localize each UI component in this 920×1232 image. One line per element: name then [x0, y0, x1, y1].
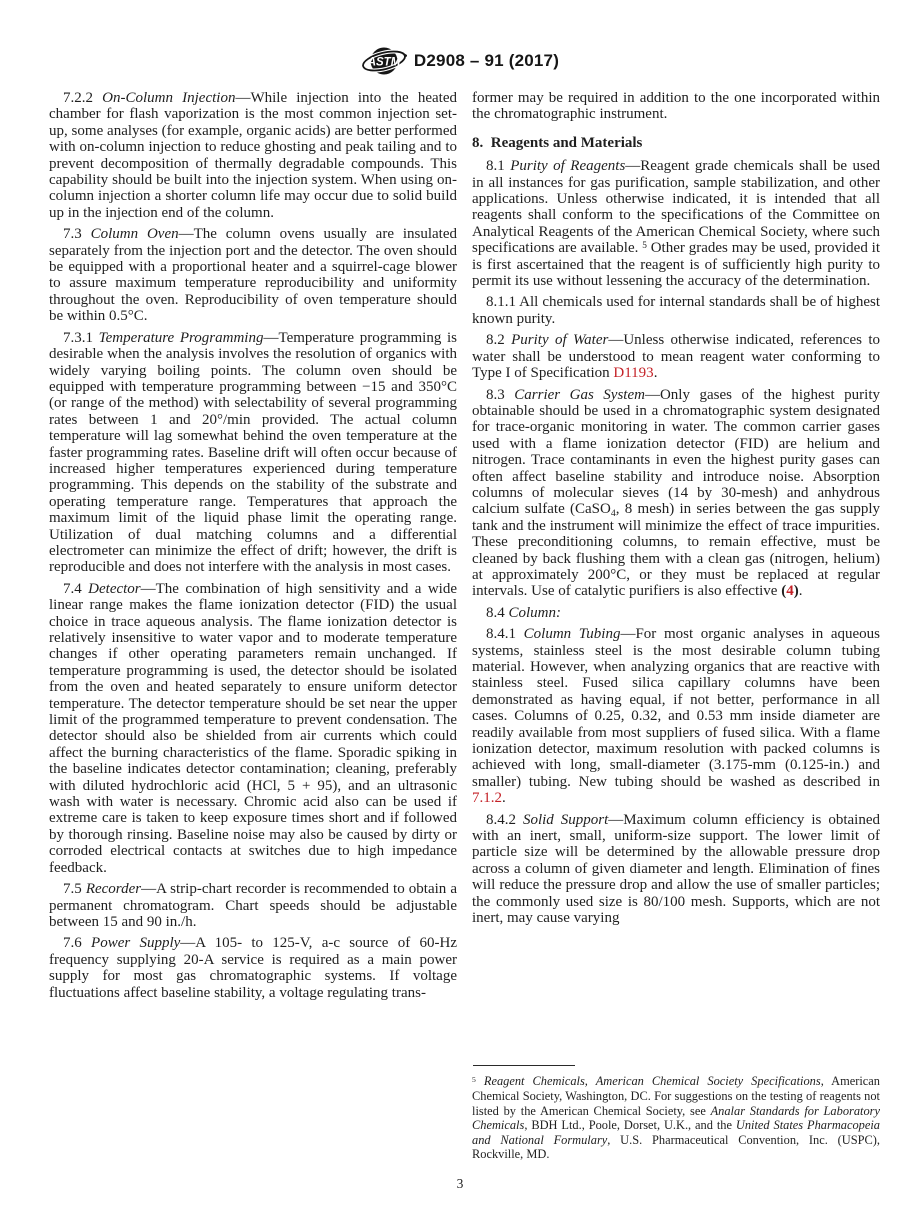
- paragraph: 8.3 Carrier Gas System—Only gases of the…: [472, 387, 880, 600]
- document-header: ASTM D2908 – 91 (2017): [0, 44, 920, 78]
- doc-link[interactable]: 4: [786, 583, 794, 599]
- paragraph: 7.4 Detector—The combination of high sen…: [49, 581, 457, 876]
- paragraph: 8.2 Purity of Water—Unless otherwise ind…: [472, 332, 880, 381]
- paragraph: 8.4.2 Solid Support—Maximum column effic…: [472, 812, 880, 927]
- section-heading: 8. Reagents and Materials: [472, 135, 880, 151]
- paragraph: 7.5 Recorder—A strip-chart recorder is r…: [49, 881, 457, 930]
- standard-designation: D2908 – 91 (2017): [414, 51, 559, 71]
- paragraph: 8.4 Column:: [472, 605, 880, 621]
- paragraph: 7.3 Column Oven—The column ovens usually…: [49, 226, 457, 324]
- paragraph: 8.4.1 Column Tubing—For most organic ana…: [472, 626, 880, 806]
- right-column-text: former may be required in addition to th…: [472, 90, 880, 932]
- astm-logo-letters: ASTM: [367, 57, 401, 69]
- doc-link[interactable]: 7.1.2: [472, 790, 502, 806]
- footnote: 5 Reagent Chemicals, American Chemical S…: [472, 1074, 880, 1162]
- paragraph: 7.2.2 On-Column Injection—While injectio…: [49, 90, 457, 221]
- left-column: 7.2.2 On-Column Injection—While injectio…: [49, 90, 457, 1162]
- astm-logo-icon: ASTM: [361, 44, 407, 78]
- right-column: former may be required in addition to th…: [472, 90, 880, 1162]
- doc-link[interactable]: D1193: [613, 365, 653, 381]
- paragraph: 7.3.1 Temperature Programming—Temperatur…: [49, 330, 457, 576]
- page-number: 3: [0, 1176, 920, 1192]
- two-column-body: 7.2.2 On-Column Injection—While injectio…: [49, 90, 880, 1162]
- paragraph: former may be required in addition to th…: [472, 90, 880, 123]
- paragraph: 8.1.1 All chemicals used for internal st…: [472, 294, 880, 327]
- document-page: ASTM D2908 – 91 (2017) 7.2.2 On-Column I…: [0, 0, 920, 1232]
- paragraph: 7.6 Power Supply—A 105- to 125-V, a-c so…: [49, 935, 457, 1001]
- paragraph: 8.1 Purity of Reagents—Reagent grade che…: [472, 158, 880, 289]
- footnote-area: 5 Reagent Chemicals, American Chemical S…: [472, 1065, 880, 1162]
- footnote-separator: [473, 1065, 575, 1066]
